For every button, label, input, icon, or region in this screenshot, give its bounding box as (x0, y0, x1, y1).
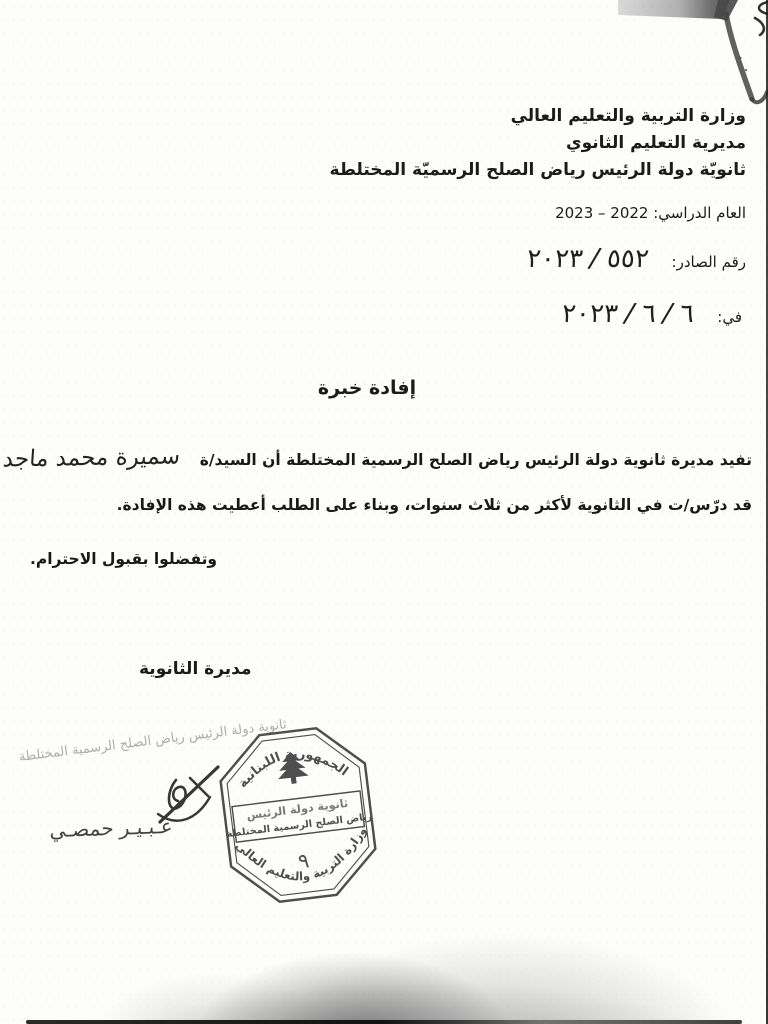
closing-line: وتفضلوا بقبول الاحترام. (30, 550, 217, 568)
page-fold-icon (618, 0, 768, 118)
document-title: إفادة خبرة (0, 377, 734, 399)
page-fold-artifact (618, 0, 768, 122)
stamp-icon: الجمهورية اللبنانية ثانوية دولة الرئيس ر… (211, 718, 385, 911)
directorate-line: مديرية التعليم الثانوي (330, 130, 746, 157)
body-opening-line: تفيد مديرة ثانوية دولة الرئيس رياض الصلح… (0, 445, 752, 471)
school-name-line: ثانويّة دولة الرئيس رياض الصلح الرسميّة … (330, 157, 746, 184)
serial-label: رقم الصادر: (672, 253, 746, 271)
serial-year-handwritten: ٢٠٢٣ (526, 244, 584, 274)
date-separator1-handwritten: / (659, 298, 677, 330)
scanned-document-page: وزارة التربية والتعليم العالي مديرية الت… (0, 0, 768, 1024)
academic-year-line: العام الدراسي: 2022 – 2023 (555, 204, 746, 222)
serial-number-handwritten: ٥٥٢ (606, 244, 650, 274)
serial-number-row: ٢٠٢٣ / ٥٥٢ رقم الصادر: (527, 243, 746, 274)
date-row: ٢٠٢٣ / ٦ / ٦ في: (562, 298, 742, 329)
date-year-handwritten: ٢٠٢٣ (561, 299, 619, 329)
body-experience-line: قد درّس/ت في الثانوية لأكثر من ثلاث سنوا… (117, 496, 752, 514)
principal-role-line: مديرة الثانوية (139, 659, 252, 679)
serial-separator-handwritten: / (586, 243, 604, 275)
signer-name-handwritten: عـبـيـر حمصـي (49, 814, 173, 842)
date-separator2-handwritten: / (621, 298, 639, 330)
body-opening-printed: تفيد مديرة ثانوية دولة الرئيس رياض الصلح… (200, 451, 752, 469)
teacher-name-handwritten: سميرة محمد ماجد (2, 443, 181, 472)
official-stamp: الجمهورية اللبنانية ثانوية دولة الرئيس ر… (211, 718, 385, 911)
date-day-handwritten: ٦ (679, 299, 695, 329)
date-month-handwritten: ٦ (641, 299, 657, 329)
date-label: في: (717, 308, 742, 326)
scan-bottom-line-artifact (26, 1020, 742, 1024)
